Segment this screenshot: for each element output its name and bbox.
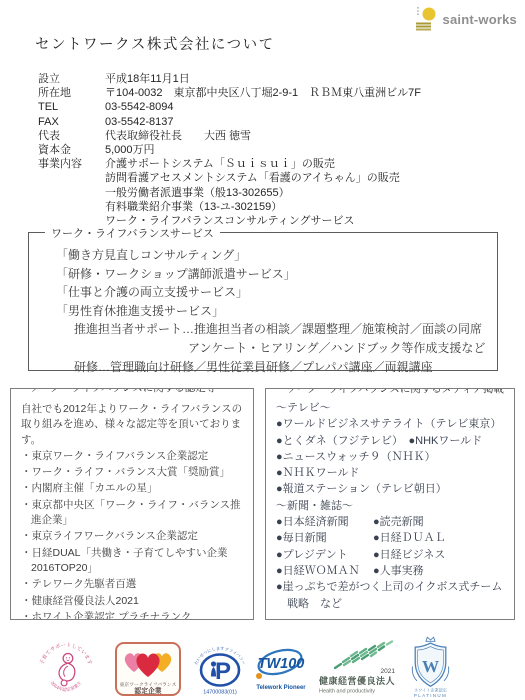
certification-item: ・テレワーク先駆者百選	[21, 577, 245, 592]
media-item: ●ＮＨＫワールド	[276, 465, 508, 481]
kurumin-badge-icon: 子育てサポートしています 2014年認定事業主	[34, 638, 98, 696]
media-item: ●報道ステーション（テレビ朝日）	[276, 481, 508, 497]
service-item: 「男性育休推進支援サービス」	[56, 302, 497, 321]
telework-pioneer-badge: TW100 Telework Pioneer	[254, 645, 312, 700]
services-box-title: ワーク・ライフバランスサービス	[45, 225, 220, 244]
info-value: 代表取締役社長 大西 徳雪	[105, 129, 251, 143]
privacy-mark-icon: たいせつにしますプライバシー P 14700083(01)	[188, 641, 252, 697]
health-productivity-icon: 2021 健康経営優良法人 Health and productivity	[317, 640, 401, 698]
info-row: FAX03-5542-8137	[38, 115, 421, 129]
media-row: ●毎日新聞●日経ＤＵＡＬ	[276, 530, 508, 546]
info-value: 03-5542-8094	[105, 100, 174, 114]
info-label: 設立	[38, 72, 105, 86]
media-item: ●プレジデント	[276, 547, 373, 563]
info-row: 資本金5,000万円	[38, 143, 421, 157]
certifications-box: ワーク・ライフバランスに関する認定等 自社でも2012年よりワーク・ライフバラン…	[10, 388, 254, 620]
media-row: ●日本経済新聞●読売新聞	[276, 514, 508, 530]
tokyo-wlb-badge: 東京ワークライフバランス 認定企業	[114, 641, 182, 700]
saint-works-logo-text: saint-works	[443, 12, 517, 27]
certifications-box-title: ワーク・ライフバランスに関する認定等	[23, 388, 222, 396]
media-item: ●ワールドビジネスサテライト（テレビ東京）	[276, 416, 508, 432]
info-label: 資本金	[38, 143, 105, 157]
certification-item: ・内閣府主催「カエルの星」	[21, 481, 245, 496]
media-print-header: ～新聞・雑誌～	[276, 498, 508, 514]
telework-pioneer-icon: TW100 Telework Pioneer	[254, 645, 312, 695]
certification-item: ・東京ワーク・ライフバランス企業認定	[21, 449, 245, 464]
white-company-badge: W ホワイト企業認定 PLATINUM	[407, 635, 454, 700]
white-line1: ホワイト企業認定	[414, 687, 447, 693]
service-detail-line: 研修…管理職向け研修／男性従業員研修／プレパパ講座／両親講座	[74, 358, 497, 377]
business-line: 訪問看護アセスメントシステム「看護のアイちゃん」の販売	[105, 171, 421, 185]
business-line: 一般労働者派遣事業（般13-302655）	[105, 186, 421, 200]
service-item: 「研修・ワークショップ講師派遣サービス」	[56, 265, 497, 284]
page-title: セントワークス株式会社について	[35, 33, 275, 54]
info-row: 所在地〒104-0032 東京都中央区八丁堀2-9-1 ＲＢＭ東八重洲ビル7F	[38, 86, 421, 100]
white-company-icon: W ホワイト企業認定 PLATINUM	[407, 635, 454, 698]
certification-item: ・東京ライフワークバランス企業認定	[21, 529, 245, 544]
tokyo-wlb-line2: 認定企業	[134, 686, 161, 695]
media-item: ●日本経済新聞	[276, 514, 373, 530]
service-item: 「働き方見直しコンサルティング」	[56, 246, 497, 265]
tokyo-wlb-badge-icon: 東京ワークライフバランス 認定企業	[114, 641, 182, 697]
health-sub-text: Health and productivity	[319, 689, 375, 695]
certification-item: ・ワーク・ライフ・バランス大賞「奨励賞」	[21, 465, 245, 480]
media-item: ●日経ビジネス	[373, 549, 445, 561]
white-letter: W	[422, 657, 439, 676]
media-box-title: ワーク・ライフバランスに関するメディア掲載	[280, 388, 510, 397]
slide-page: saint-works セントワークス株式会社について 設立平成18年11月1日…	[0, 0, 525, 700]
info-row: 代表代表取締役社長 大西 徳雪	[38, 129, 421, 143]
service-item: 「仕事と介護の両立支援サービス」	[56, 283, 497, 302]
info-label: FAX	[38, 115, 105, 129]
media-row: ●日経ＷＯＭＡＮ●人事実務	[276, 563, 508, 579]
info-label: 所在地	[38, 86, 105, 100]
saint-works-logo-icon	[415, 6, 439, 32]
health-year: 2021	[381, 668, 396, 675]
media-tv-header: ～テレビ～	[276, 400, 508, 416]
media-item: ●ニュースウォッチ９（ＮＨＫ）	[276, 449, 508, 465]
certification-item: ・日経DUAL「共働き・子育てしやすい企業2016TOP20」	[21, 546, 245, 577]
white-line2: PLATINUM	[414, 693, 447, 698]
service-detail-line: アンケート・ヒアリング／ハンドブック等作成支援など	[188, 339, 497, 358]
info-value: 03-5542-8137	[105, 115, 174, 129]
company-info: 設立平成18年11月1日 所在地〒104-0032 東京都中央区八丁堀2-9-1…	[38, 72, 421, 228]
certification-item: ・健康経営優良法人2021	[21, 594, 245, 609]
kurumin-badge: 子育てサポートしています 2014年認定事業主	[34, 638, 98, 700]
info-label: 事業内容	[38, 157, 105, 171]
info-row: TEL03-5542-8094	[38, 100, 421, 114]
media-item: ●人事実務	[373, 565, 424, 577]
media-item: ●毎日新聞	[276, 530, 373, 546]
media-item: ●日経ＤＵＡＬ	[373, 532, 446, 544]
info-row: 設立平成18年11月1日	[38, 72, 421, 86]
media-row: ●プレジデント●日経ビジネス	[276, 547, 508, 563]
media-box: ワーク・ライフバランスに関するメディア掲載 ～テレビ～ ●ワールドビジネスサテラ…	[265, 388, 515, 620]
info-value: 〒104-0032 東京都中央区八丁堀2-9-1 ＲＢＭ東八重洲ビル7F	[105, 86, 421, 100]
certification-item: ・東京都中央区「ワーク・ライフ・バランス推進企業」	[21, 498, 245, 529]
services-box: ワーク・ライフバランスサービス 「働き方見直しコンサルティング」 「研修・ワーク…	[28, 232, 498, 371]
privacy-number: 14700083(01)	[203, 690, 237, 696]
info-value: 平成18年11月1日	[105, 72, 190, 86]
privacy-p-letter: P	[215, 658, 231, 685]
privacy-mark-badge: たいせつにしますプライバシー P 14700083(01)	[188, 641, 252, 700]
saint-works-logo: saint-works	[415, 6, 517, 32]
info-row: 事業内容介護サポートシステム「Ｓｕｉｓｕｉ」の販売	[38, 157, 421, 171]
telework-sub-text: Telework Pioneer	[256, 685, 306, 691]
telework-main-text: TW100	[258, 656, 305, 672]
info-value: 介護サポートシステム「Ｓｕｉｓｕｉ」の販売	[105, 157, 335, 171]
business-line: 有料職業紹介事業（13-ユ-302159）	[105, 200, 421, 214]
certification-item: ・ホワイト企業認定 プラチナランク	[21, 610, 245, 620]
media-item: ●日経ＷＯＭＡＮ	[276, 563, 373, 579]
info-label: TEL	[38, 100, 105, 114]
media-item: ●崖っぷちで差がつく上司のイクボス式チーム戦略 など	[276, 579, 508, 612]
health-productivity-badge: 2021 健康経営優良法人 Health and productivity	[317, 640, 401, 700]
certifications-intro: 自社でも2012年よりワーク・ライフバランスの取り組みを進め、様々な認定等を頂い…	[21, 402, 245, 448]
tokyo-wlb-line1: 東京ワークライフバランス	[120, 681, 177, 688]
media-item: ●読売新聞	[373, 516, 424, 528]
info-label: 代表	[38, 129, 105, 143]
health-main-text: 健康経営優良法人	[318, 675, 395, 686]
service-detail-line: 推進担当者サポート…推進担当者の相談／課題整理／施策検討／面談の同席	[74, 320, 497, 339]
info-value: 5,000万円	[105, 143, 155, 157]
media-item: ●とくダネ（フジテレビ） ●NHKワールド	[276, 433, 508, 449]
